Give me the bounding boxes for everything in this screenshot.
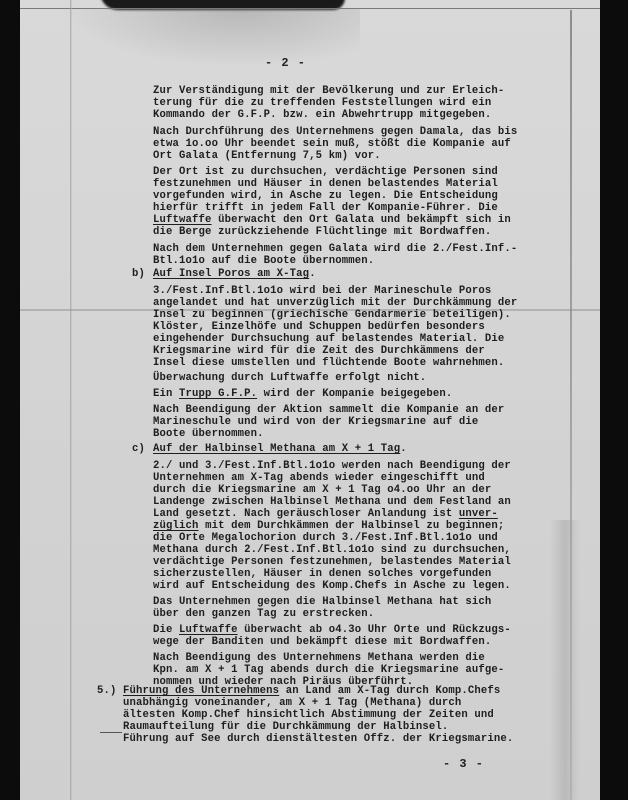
section-c-line: Das Unternehmen gegen die Halbinsel Meth…	[153, 596, 491, 608]
intro-line: Zur Verständigung mit der Bevölkerung un…	[153, 85, 504, 97]
section-b-line: Insel diese umstellen und flüchtende Boo…	[153, 357, 504, 369]
section-marker-c: c)	[132, 443, 145, 455]
section-c-line: verdächtige Personen festzunehmen, belas…	[153, 556, 511, 568]
section-b-line: Nach Beendigung der Aktion sammelt die K…	[153, 404, 504, 416]
intro-line: festzunehmen und Häuser in denen belaste…	[153, 178, 498, 190]
section-heading-c: Auf der Halbinsel Methana am X + 1 Tag.	[153, 443, 407, 455]
section-b-line: Klöster, Einzelhöfe und Schuppen bedürfe…	[153, 321, 485, 333]
section-c-line: Unternehmen am X-Tag abends wieder einge…	[153, 472, 485, 484]
section-c-line: Methana durch 2./Fest.Inf.Btl.1o1o sind …	[153, 544, 511, 556]
section-c-line: Landenge zwischen Halbinsel Methana und …	[153, 496, 511, 508]
underlined-term: züglich	[153, 520, 199, 532]
section-c-line: sicherzustellen, Häuser in denen solches…	[153, 568, 491, 580]
section-b-line: Überwachung durch Luftwaffe erfolgt nich…	[153, 372, 426, 384]
section-b-line: Boote übernommen.	[153, 428, 264, 440]
section-b-line: Ein Trupp G.F.P. wird der Kompanie beige…	[153, 388, 452, 400]
section-5-line: unabhängig voneinander, am X + 1 Tag (Me…	[123, 697, 461, 709]
section-b-line: Kriegsmarine wird für die Zeit des Durch…	[153, 345, 485, 357]
handwritten-dash	[100, 732, 122, 733]
page-number-bottom: - 3 -	[443, 758, 484, 770]
section-c-line: wege der Banditen und bekämpft diese mit…	[153, 636, 491, 648]
section-c-line: 2./ und 3./Fest.Inf.Btl.1o1o werden nach…	[153, 460, 511, 472]
underlined-term: Luftwaffe	[153, 214, 212, 226]
intro-line: etwa 1o.oo Uhr beendet sein muß, stößt d…	[153, 138, 511, 150]
intro-line: Nach Durchführung des Unternehmens gegen…	[153, 126, 517, 138]
section-c-line: Kpn. am X + 1 Tag abends durch die Krieg…	[153, 664, 504, 676]
section-b-line: Insel zu beginnen (griechische Gendarmer…	[153, 309, 511, 321]
typewritten-page: - 2 - Zur Verständigung mit der Bevölker…	[20, 0, 600, 800]
section-c-line: Nach Beendigung des Unternehmens Methana…	[153, 652, 485, 664]
intro-line: die Berge zurückziehende Flüchtlinge mit…	[153, 226, 491, 238]
section-c-line: wird auf Entscheidung des Komp.Chefs in …	[153, 580, 511, 592]
underlined-term: Luftwaffe	[179, 624, 238, 636]
section-c-line: über den ganzen Tag zu erstrecken.	[153, 608, 374, 620]
intro-line: terung für die zu treffenden Feststellun…	[153, 97, 491, 109]
underlined-term: Trupp G.F.P.	[179, 388, 257, 400]
section-c-line: durch die Kriegsmarine am X + 1 Tag o4.o…	[153, 484, 491, 496]
section-c-line: züglich mit dem Durchkämmen der Halbinse…	[153, 520, 504, 532]
intro-line: vorgefunden wird, in Asche zu legen. Die…	[153, 190, 498, 202]
section-marker-5: 5.)	[97, 685, 117, 697]
section-5-line: ältesten Komp.Chef hinsichtlich Abstimmu…	[123, 709, 494, 721]
section-b-line: Marineschule und wird von der Kriegsmari…	[153, 416, 478, 428]
section-c-line: Die Luftwaffe überwacht ab o4.3o Uhr Ort…	[153, 624, 511, 636]
intro-line: hierfür trifft in jedem Fall der Kompani…	[153, 202, 498, 214]
section-c-line: Land gesetzt. Nach geräuschloser Anlandu…	[153, 508, 498, 520]
intro-line: Luftwaffe überwacht den Ort Galata und b…	[153, 214, 511, 226]
intro-line: Der Ort ist zu durchsuchen, verdächtige …	[153, 166, 498, 178]
underlined-term: unver-	[459, 508, 498, 520]
intro-line: Btl.1o1o auf die Boote übernommen.	[153, 255, 374, 267]
intro-line: Nach dem Unternehmen gegen Galata wird d…	[153, 243, 517, 255]
section-5-line: Führung auf See durch dienstältesten Off…	[123, 733, 513, 745]
intro-line: Ort Galata (Entfernung 7,5 km) vor.	[153, 150, 381, 162]
section-b-line: eingehender Durchsuchung auf belastendes…	[153, 333, 504, 345]
page-number-top: - 2 -	[265, 57, 306, 69]
section-marker-b: b)	[132, 268, 145, 280]
section-heading-5: Führung des Unternehmens an Land am X-Ta…	[123, 685, 500, 697]
section-5-line: Raumaufteilung für die Durchkämmung der …	[123, 721, 448, 733]
section-b-line: angelandet und hat unverzüglich mit der …	[153, 297, 517, 309]
intro-line: Kommando der G.F.P. bzw. ein Abwehrtrupp…	[153, 109, 491, 121]
scanned-page: - 2 - Zur Verständigung mit der Bevölker…	[20, 0, 600, 800]
section-c-line: die Orte Megalochorion durch 3./Fest.Inf…	[153, 532, 498, 544]
section-heading-b: Auf Insel Poros am X-Tag.	[153, 268, 316, 280]
section-b-line: 3./Fest.Inf.Btl.1o1o wird bei der Marine…	[153, 285, 491, 297]
